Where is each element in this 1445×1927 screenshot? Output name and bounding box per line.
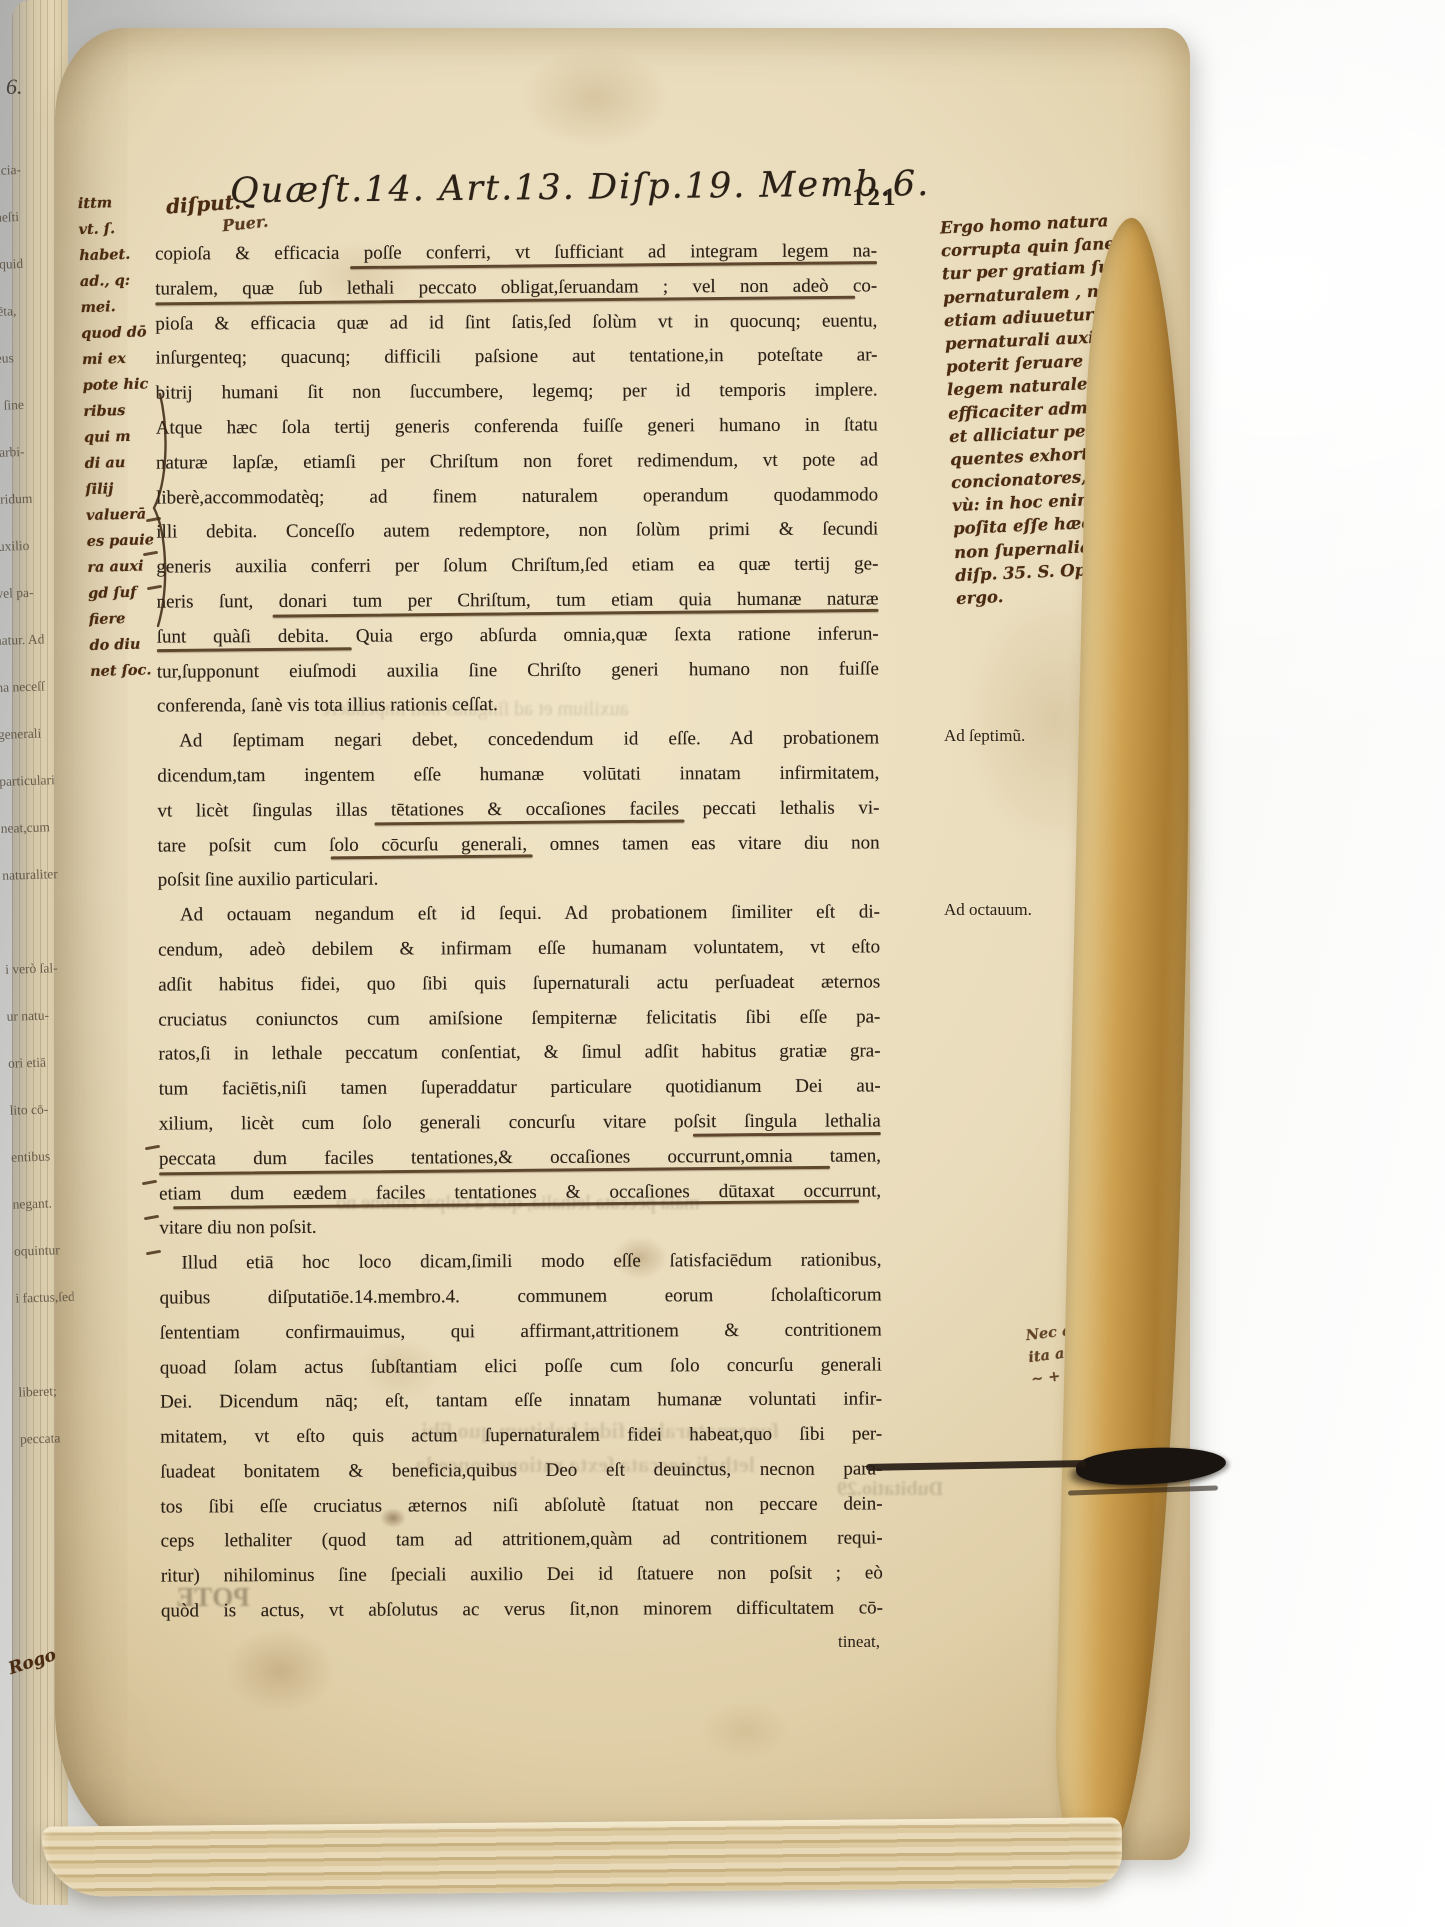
edge-text-fragment: Deus (0, 333, 45, 382)
edge-text-fragment: oquintur (13, 1226, 72, 1275)
page-edges-bottom (42, 1817, 1123, 1896)
edge-text-fragment: n arbi- (0, 427, 48, 476)
text-line: vitare diu non poſsit. (159, 1209, 881, 1247)
page-number: 121 (852, 184, 899, 212)
text-line: naturæ lapſæ, etiamſi per Chriſtum non f… (156, 443, 878, 481)
handwritten-fragment: mi ex (82, 345, 163, 373)
edge-text-fragment: particulari (0, 756, 58, 805)
text-line: ratos,ſi in lethale peccatum conſentiat,… (158, 1035, 880, 1073)
edge-text-fragment: cuēta, (0, 286, 43, 335)
edge-text-fragment: natur. Ad (0, 615, 54, 664)
edge-text-fragment: i factus,ſed (15, 1273, 74, 1322)
edge-text-fragment: ur natu- (6, 991, 65, 1040)
text-line: quòd is actus, vt abſolutus ac verus ſit… (161, 1591, 883, 1629)
text-line: xilium, licèt cum ſolo generali concurſu… (159, 1104, 881, 1142)
handwritten-fragment: ittm (78, 189, 159, 217)
ink-underline (350, 261, 877, 269)
handwritten-fragment: do diu (89, 631, 170, 659)
text-line: dicendum,tam ingentem eſſe humanæ volūta… (157, 756, 879, 794)
text-line: ſuadeat bonitatem & beneficia,quibus Deo… (160, 1452, 882, 1490)
edge-text-fragment: entibus (10, 1132, 69, 1181)
previous-page-number: 6. (6, 74, 23, 100)
ink-underline (374, 819, 684, 825)
edge-text-fragment: liberet; (18, 1367, 77, 1416)
text-line: generis auxilia conferri per ſolum Chriſ… (156, 548, 878, 586)
edge-text-fragment: honeſti (0, 192, 40, 241)
text-line: tur,ſupponunt eiuſmodi auxilia ſine Chri… (157, 652, 879, 690)
handwritten-fragment: vt. ſ. (78, 215, 159, 243)
text-line: cruciatus coniunctos cum amiſsione ſempi… (158, 1000, 880, 1038)
text-line: adſit habitus fidei, quo ſibi quis ſuper… (158, 965, 880, 1003)
handwritten-fragment: habet. (79, 241, 160, 269)
edge-text-fragment: naturaliter (1, 850, 60, 899)
text-line: quibus diſputatiōe.14.membro.4. communem… (160, 1278, 882, 1316)
edge-text-fragment: wel pa- (0, 568, 52, 617)
edge-text-fragment: negant. (12, 1179, 71, 1228)
ink-underline (693, 1132, 881, 1137)
text-line: inſurgenteq; quacunq; difficili paſsione… (155, 339, 877, 377)
text-line: illi debita. Conceſſo autem redemptore, … (156, 513, 878, 551)
text-line: ritur) nihilominus ſine ſpeciali auxilio… (161, 1557, 883, 1595)
text-line: vt licèt ſingulas illas tētationes & occ… (157, 791, 879, 829)
text-line: tos ſibi eſſe cruciatus æternos niſi abſ… (160, 1487, 882, 1525)
edge-text-fragment: i verò ſal- (4, 944, 63, 993)
text-line: turalem, quæ ſub lethali peccato obligat… (155, 269, 877, 307)
text-line: quoad ſolam actus ſubſtantiam elici poſſ… (160, 1348, 882, 1386)
text-line: conferenda, ſanè vis tota illius rationi… (157, 687, 879, 725)
text-line: Illud etiā hoc loco dicam,ſimili modo eſ… (159, 1244, 881, 1282)
ink-underline (272, 609, 878, 618)
text-line: etiam dum eædem faciles tentationes & oc… (159, 1174, 881, 1212)
edge-text-fragment: ori etiā (7, 1038, 66, 1087)
handwritten-fragment: net ſoc. (90, 657, 171, 685)
edge-text-fragment: auxilio (0, 521, 51, 570)
text-line: tare poſsit cum ſolo cōcurſu generali, o… (158, 826, 880, 864)
edge-text-fragment: generali (0, 709, 57, 758)
catchword: tineat, (158, 1632, 880, 1652)
text-line: peccata dum faciles tentationes,& occaſi… (159, 1139, 881, 1177)
text-line: pioſa & efficacia quæ ad id ſint ſatis,ſ… (155, 304, 877, 342)
edge-text-fragment (16, 1320, 75, 1369)
text-line: ceps lethaliter (quod tam ad attritionem… (161, 1522, 883, 1560)
edge-text-fragment: lito cō- (9, 1085, 68, 1134)
handwritten-fragment: quod dō (81, 319, 162, 347)
text-line: poſsit ſine auxilio particulari. (158, 861, 880, 899)
edge-text-fragment (3, 897, 62, 946)
edge-text-fragment: neat,cum (0, 803, 59, 852)
ink-underline (159, 1165, 830, 1174)
printed-margin-note-ad-septimum: Ad ſeptimũ. (944, 726, 1025, 746)
ink-underline (157, 647, 352, 652)
text-line: mitatem, vt eſto quis actum ſupernatural… (160, 1418, 882, 1456)
edge-text-fragment: ed ſine (0, 380, 46, 429)
edge-text-fragment: na neceſſ (0, 662, 55, 711)
photo-background: 6. ò dicia-honeſticō quidcuēta,Deused ſi… (0, 0, 1445, 1927)
handwritten-fragment: mei. (80, 293, 161, 321)
ink-underline (331, 855, 533, 860)
text-line: cendum, adeò debilem & infirmam eſſe hum… (158, 930, 880, 968)
text-line: Dei. Dicendum nāq; eſt, tantam eſſe inna… (160, 1383, 882, 1421)
text-line: liberè,accommodatèq; ad finem naturalem … (156, 478, 878, 516)
text-line: bitrij humani ſit non ſuccumbere, legemq… (156, 374, 878, 412)
printed-margin-note-ad-octavum: Ad octauum. (944, 900, 1032, 920)
text-line: ſententiam confirmauimus, qui affirmant,… (160, 1313, 882, 1351)
text-line: neris ſunt, donari tum per Chriſtum, tum… (156, 582, 878, 620)
text-line: copioſa & efficacia poſſe conferri, vt ſ… (155, 234, 877, 272)
edge-text-fragment: peccata (19, 1414, 78, 1463)
ink-underline (155, 295, 855, 305)
text-line: Atque hæc ſola tertij generis conferenda… (156, 408, 878, 446)
handwritten-fragment: ad., q: (80, 267, 161, 295)
text-line: tum faciētis,niſi tamen ſuperaddatur par… (159, 1070, 881, 1108)
text-line: Ad octauam negandum eſt id ſequi. Ad pro… (158, 896, 880, 934)
running-title: Quæſt.14. Art.13. Diſp.19. Memb.6. (230, 165, 870, 212)
text-line: Ad ſeptimam negari debet, concedendum id… (157, 722, 879, 760)
ink-brace (146, 390, 170, 630)
edge-text-fragment: teridum (0, 474, 49, 523)
text-line: ſunt quàſi debita. Quia ergo abſurda omn… (157, 617, 879, 655)
edge-text-fragment: ò dicia- (0, 145, 39, 194)
edge-text-fragment: cō quid (0, 239, 42, 288)
main-text-block: copioſa & efficacia poſſe conferri, vt ſ… (155, 234, 883, 1629)
ink-underline (174, 1200, 860, 1210)
